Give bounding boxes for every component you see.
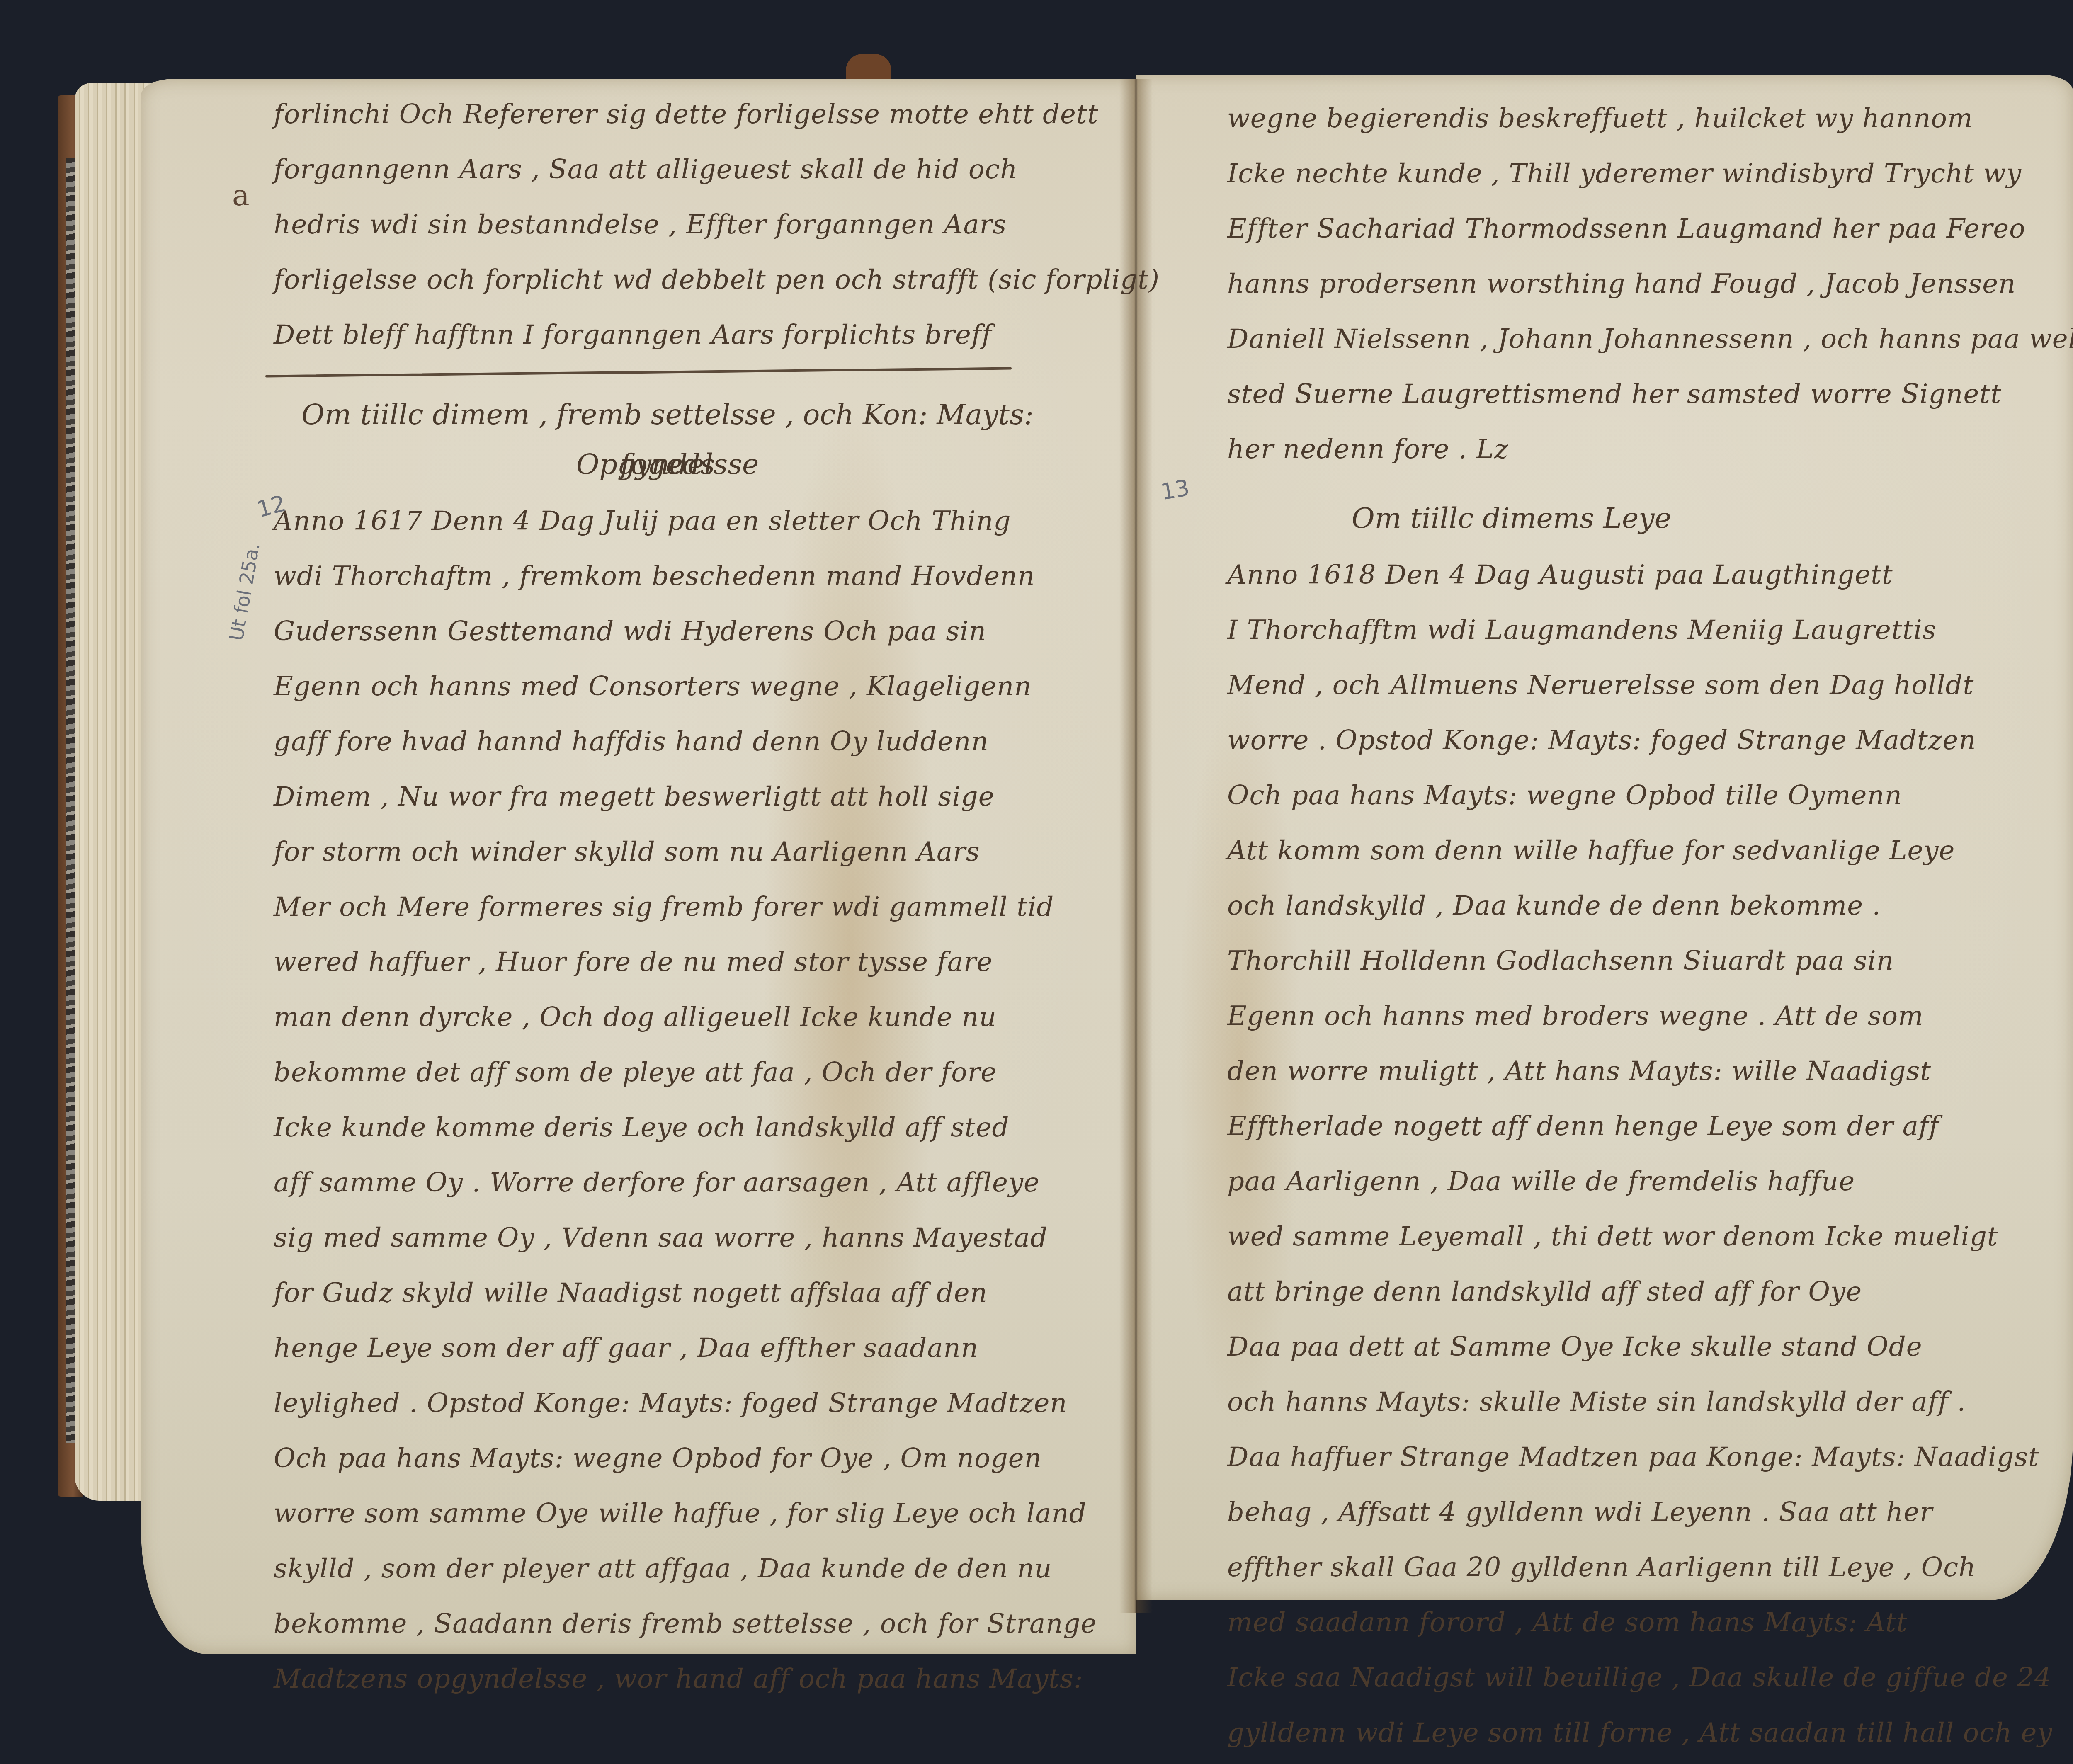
text-line: leylighed . Opstod Konge: Mayts: foged S… [274, 1376, 1061, 1431]
text-line: Mend , och Allmuens Neruerelsse som den … [1227, 658, 2073, 713]
text-line: Daa haffuer Strange Madtzen paa Konge: M… [1227, 1430, 2073, 1485]
text-line: bekomme det aff som de pleye att faa , O… [274, 1045, 1061, 1100]
text-line: I Thorchafftm wdi Laugmandens Meniig Lau… [1227, 603, 2073, 658]
text-line: Anno 1617 Denn 4 Dag Julij paa en slette… [274, 494, 1061, 549]
text-line: forlinchi Och Refererer sig dette forlig… [274, 87, 1061, 142]
text-line: Icke kunde komme deris Leye och landskyl… [274, 1100, 1061, 1155]
text-line: Och paa hans Mayts: wegne Opbod for Oye … [274, 1431, 1061, 1486]
text-line: Daa paa dett at Samme Oye Icke skulle st… [1227, 1320, 2073, 1375]
text-line: wed samme Leyemall , thi dett wor denom … [1227, 1209, 2073, 1264]
text-line: och hanns Mayts: skulle Miste sin landsk… [1227, 1375, 2073, 1430]
margin-pencil-number: 13 [1159, 475, 1192, 505]
text-line: Guderssenn Gesttemand wdi Hyderens Och p… [274, 604, 1061, 659]
right-top-paragraph: wegne begierendis beskreffuett , huilcke… [1227, 91, 2073, 477]
text-line: och landskylld , Daa kunde de denn bekom… [1227, 878, 2073, 934]
heading-line: Opgyndelsse [274, 440, 1061, 490]
text-line: skylld , som der pleyer att affgaa , Daa… [274, 1541, 1061, 1597]
text-line: sig med samme Oy , Vdenn saa worre , han… [274, 1211, 1061, 1266]
text-line: Madtzens opgyndelsse , wor hand aff och … [274, 1652, 1061, 1707]
text-line: behag , Affsatt 4 gylldenn wdi Leyenn . … [1227, 1485, 2073, 1540]
text-line: Icke saa Naadigst will beuillige , Daa s… [1227, 1650, 2073, 1706]
text-line: Och paa hans Mayts: wegne Opbod tille Oy… [1227, 768, 2073, 823]
text-line: effther skall Gaa 20 gylldenn Aarligenn … [1227, 1540, 2073, 1595]
text-line: Effter Sachariad Thormodssenn Laugmand h… [1227, 201, 2073, 257]
text-line: gylldenn wdi Leye som till forne , Att s… [1227, 1706, 2073, 1761]
text-line: Att komm som denn wille haffue for sedva… [1227, 823, 2073, 878]
text-line: Dett bleff hafftnn I forganngen Aars for… [274, 308, 1061, 363]
left-main-paragraph: Anno 1617 Denn 4 Dag Julij paa en slette… [274, 494, 1061, 1707]
text-line: wegne begierendis beskreffuett , huilcke… [1227, 91, 2073, 146]
section-divider-rule [265, 367, 1012, 378]
right-main-paragraph: Anno 1618 Den 4 Dag Augusti paa Laugthin… [1227, 548, 2073, 1761]
text-line: Egenn och hanns med Consorters wegne , K… [274, 659, 1061, 714]
text-line: henge Leye som der aff gaar , Daa effthe… [274, 1321, 1061, 1376]
text-line: worre som samme Oye wille haffue , for s… [274, 1486, 1061, 1541]
text-line: for storm och winder skylld som nu Aarli… [274, 825, 1061, 880]
text-line: for Gudz skyld wille Naadigst nogett aff… [274, 1266, 1061, 1321]
right-page-text: wegne begierendis beskreffuett , huilcke… [1227, 91, 2073, 1761]
text-line: wdi Thorchaftm , fremkom beschedenn mand… [274, 549, 1061, 604]
text-line: gaff fore hvad hannd haffdis hand denn O… [274, 714, 1061, 769]
text-line: Mer och Mere formeres sig fremb forer wd… [274, 880, 1061, 935]
text-line: Anno 1618 Den 4 Dag Augusti paa Laugthin… [1227, 548, 2073, 603]
text-line: att bringe denn landskylld aff sted aff … [1227, 1264, 2073, 1320]
text-line: forganngenn Aars , Saa att alligeuest sk… [274, 142, 1061, 197]
text-line: wered haffuer , Huor fore de nu med stor… [274, 935, 1061, 990]
text-line: worre . Opstod Konge: Mayts: foged Stran… [1227, 713, 2073, 768]
text-line: man denn dyrcke , Och dog alligeuell Ick… [274, 990, 1061, 1045]
left-top-paragraph: forlinchi Och Refererer sig dette forlig… [274, 87, 1061, 363]
text-line: den worre muligtt , Att hans Mayts: will… [1227, 1044, 2073, 1099]
text-line: bekomme , Saadann deris fremb settelsse … [274, 1597, 1061, 1652]
text-line: Icke nechte kunde , Thill yderemer windi… [1227, 146, 2073, 201]
text-line: paa Aarligenn , Daa wille de fremdelis h… [1227, 1154, 2073, 1209]
book-gutter [1119, 79, 1153, 1613]
text-line: sted Suerne Laugrettismend her samsted w… [1227, 367, 2073, 422]
text-line: med saadann forord , Att de som hans May… [1227, 1595, 2073, 1650]
text-line: Egenn och hanns med broders wegne . Att … [1227, 989, 2073, 1044]
text-line: Efftherlade nogett aff denn henge Leye s… [1227, 1099, 2073, 1154]
heading-line: Om tiillc dimem , fremb settelsse , och … [274, 390, 1061, 440]
left-corner-mark: a [232, 178, 250, 212]
text-line: forligelsse och forplicht wd debbelt pen… [274, 252, 1061, 308]
text-line: Daniell Nielssenn , Johann Johannessenn … [1227, 312, 2073, 367]
right-section-heading: Om tiillc dimems Leye [1227, 494, 2073, 544]
text-line: hanns prodersenn worsthing hand Fougd , … [1227, 257, 2073, 312]
text-line: hedris wdi sin bestanndelse , Effter for… [274, 197, 1061, 252]
text-line: her nedenn fore . Lz [1227, 422, 2073, 477]
left-section-heading: Om tiillc dimem , fremb settelsse , och … [274, 390, 1061, 490]
text-line: aff samme Oy . Worre derfore for aarsage… [274, 1155, 1061, 1211]
text-line: Dimem , Nu wor fra megett beswerligtt at… [274, 769, 1061, 825]
left-page-text: forlinchi Och Refererer sig dette forlig… [274, 87, 1061, 1707]
text-line: Thorchill Holldenn Godlachsenn Siuardt p… [1227, 934, 2073, 989]
